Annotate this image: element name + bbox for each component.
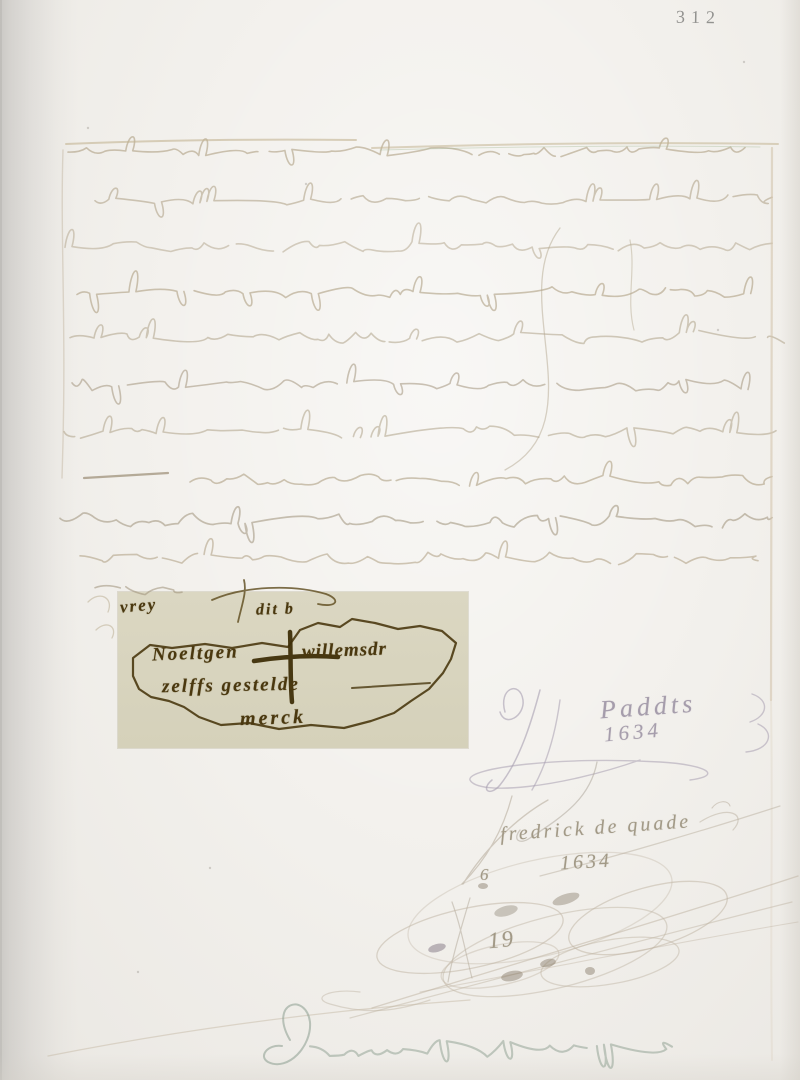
mark-line2-dash [352,683,430,688]
margin-digit: 6 [480,866,489,883]
signature-second-year: 1634 [560,851,613,874]
mark-script-left: vrey [119,595,158,615]
manuscript-page: 312 vrey dit b Noeltgen willemsdr zelffs… [0,0,800,1080]
mark-name-right: willemsdr [302,640,388,662]
signature-first-year: 1634 [603,720,663,746]
mark-line2: zelffs gestelde [162,675,300,696]
mark-line3: merck [240,707,307,729]
scribble-number: 19 [487,927,516,953]
mark-name-left: Noeltgen [152,642,239,664]
faded-body-script [60,137,784,1068]
page-number: 312 [676,8,721,27]
handwriting-ink-layer [0,0,800,1080]
mark-script-right: dit b [256,601,295,618]
